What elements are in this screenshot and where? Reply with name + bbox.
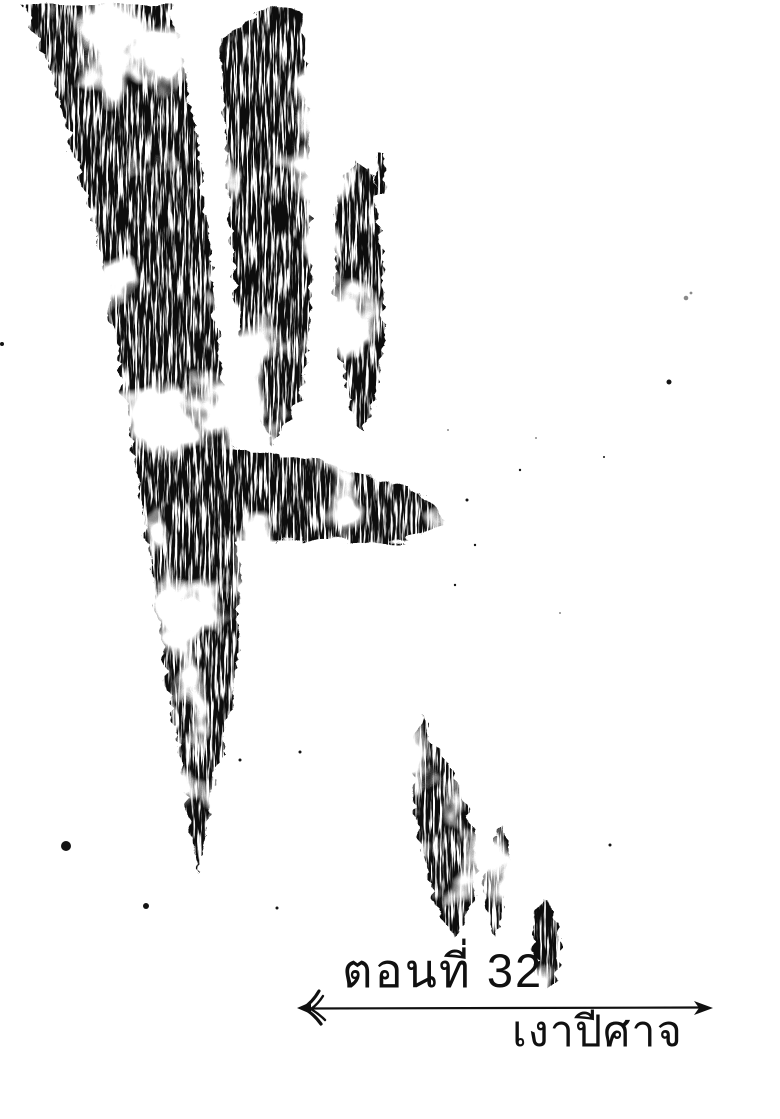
brush-stroke-main	[20, 0, 237, 868]
brush-stroke-third	[331, 156, 380, 432]
chapter-title-text: เงาปีศาจ	[512, 1010, 683, 1055]
brush-stroke-branch	[203, 440, 444, 539]
ink-sliver-large	[411, 712, 473, 934]
ink-sliver-middle	[482, 822, 505, 932]
chapter-number-label: ตอนที่ 32	[342, 946, 543, 995]
manga-page: ตอนที่ 32 เงาปีศาจ	[0, 0, 780, 1119]
brush-stroke-group	[20, 0, 558, 986]
brush-stroke-second	[216, 2, 308, 441]
